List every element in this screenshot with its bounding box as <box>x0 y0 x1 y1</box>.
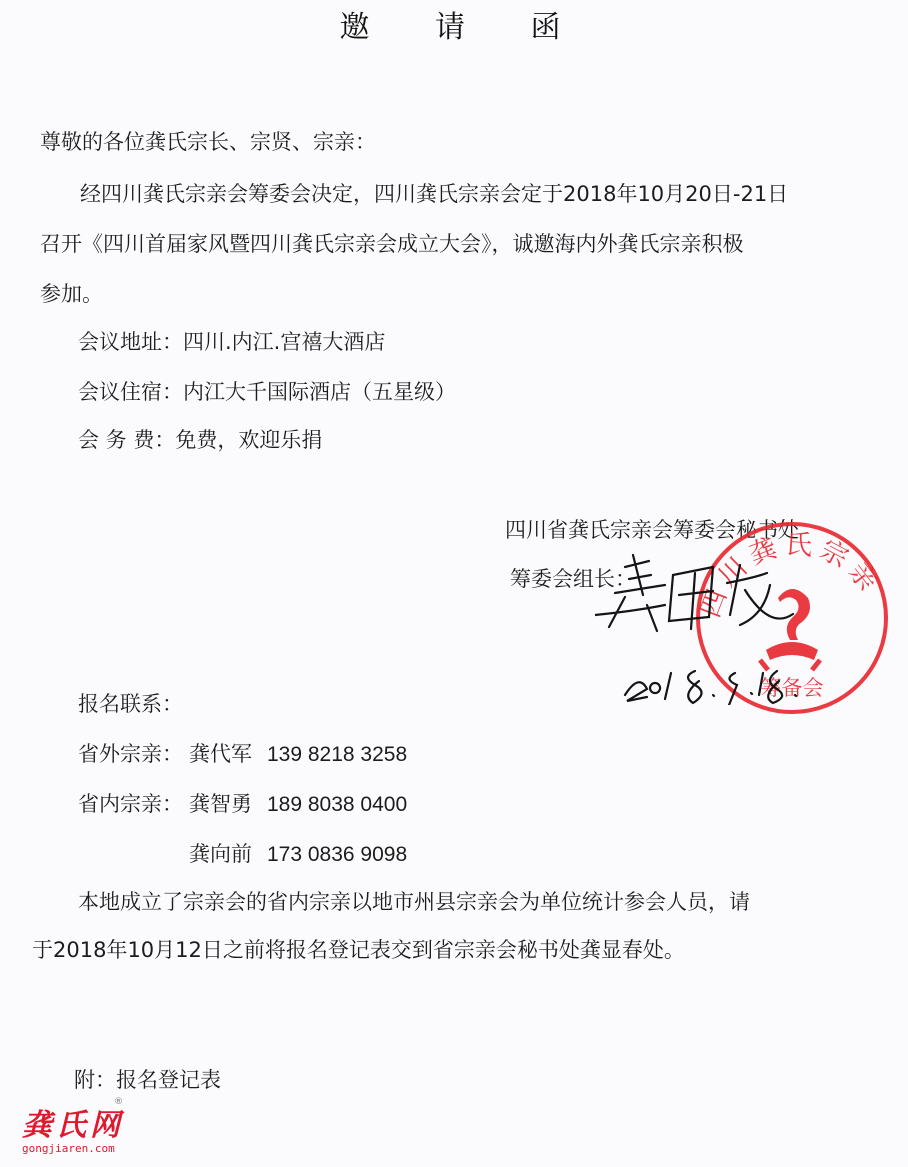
contact-entry: 龚向前173 0836 9098 <box>78 840 407 869</box>
handwritten-date: 2018.9.18. <box>595 545 601 546</box>
note-line-1: 本地成立了宗亲会的省内宗亲以地市州县宗亲会为单位统计参会人员，请 <box>78 888 750 916</box>
detail-value: 免费，欢迎乐捐 <box>175 428 322 452</box>
salutation: 尊敬的各位龚氏宗长、宗贤、宗亲： <box>40 128 376 156</box>
contact-name: 龚智勇 <box>189 790 267 818</box>
detail-value: 四川.内江.宫禧大酒店 <box>183 330 385 354</box>
contact-heading: 报名联系： <box>78 690 183 718</box>
detail-label: 会议地址： <box>78 330 183 354</box>
handwritten-signature-icon: 龚国友 2018.9.18. <box>595 545 855 705</box>
detail-label: 会议住宿： <box>78 380 183 404</box>
contact-label: 省外宗亲： <box>78 740 189 768</box>
body-line-2: 召开《四川首届家风暨四川龚氏宗亲会成立大会》，诚邀海内外龚氏宗亲积极 <box>40 230 744 258</box>
logo-text: 龚氏网 <box>22 1100 124 1144</box>
detail-address: 会议地址：四川.内江.宫禧大酒店 <box>78 328 385 356</box>
contact-phone: 173 0836 9098 <box>267 843 407 866</box>
contact-entry: 省外宗亲：龚代军139 8218 3258 <box>78 740 407 769</box>
body-line-1: 经四川龚氏宗亲会筹委会决定，四川龚氏宗亲会定于2018年10月20日-21日 <box>80 180 788 208</box>
handwritten-name: 龚国友 <box>595 545 598 546</box>
contact-name: 龚向前 <box>189 840 267 868</box>
contact-name: 龚代军 <box>189 740 267 768</box>
detail-value: 内江大千国际酒店（五星级） <box>183 380 456 404</box>
logo-url: gongjiaren.com <box>22 1142 124 1155</box>
contact-phone: 139 8218 3258 <box>267 743 407 766</box>
document-title: 邀 请 函 <box>0 2 908 46</box>
contact-entry: 省内宗亲：龚智勇189 8038 0400 <box>78 790 407 819</box>
detail-label: 会 务 费： <box>78 428 175 452</box>
contact-phone: 189 8038 0400 <box>267 793 407 816</box>
body-line-3: 参加。 <box>40 280 103 308</box>
registered-mark-icon: ® <box>114 1097 123 1107</box>
site-watermark-logo: 龚氏网 ® gongjiaren.com <box>22 1100 124 1155</box>
attachment-note: 附：报名登记表 <box>74 1066 221 1094</box>
note-line-2: 于2018年10月12日之前将报名登记表交到省宗亲会秘书处龚显春处。 <box>32 936 685 964</box>
contact-label: 省内宗亲： <box>78 790 189 818</box>
detail-fee: 会 务 费：免费，欢迎乐捐 <box>78 426 322 454</box>
detail-lodging: 会议住宿：内江大千国际酒店（五星级） <box>78 378 456 406</box>
